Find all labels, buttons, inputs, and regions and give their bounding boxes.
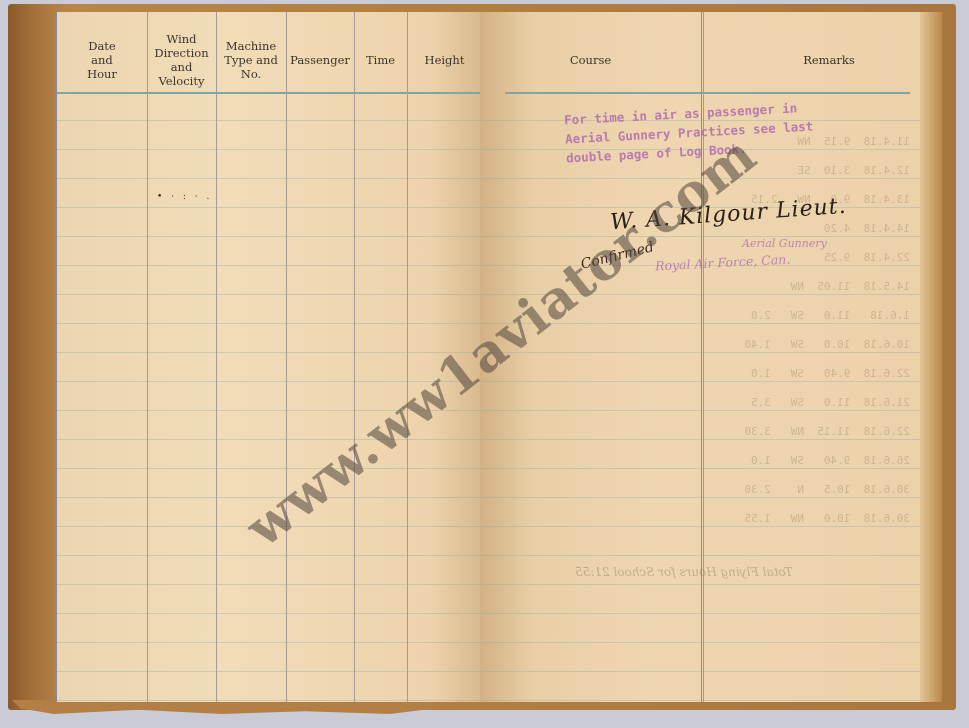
header-rule [505,92,910,94]
bleed-row: 30.6.18 10.5 N 2.30 [480,475,910,504]
bleed-row: 14.5.18 11.05 NW [480,272,910,301]
bleed-row: 1.6.18 11.0 SW 2.0 [480,301,910,330]
column-header-height: Height [407,28,482,92]
column-header-time: Time [354,28,407,92]
column-divider [286,12,287,702]
column-header-passenger: Passenger [286,28,354,92]
column-divider [407,12,408,702]
column-header-course: Course [480,28,701,92]
unit-stamp-line1: Aerial Gunnery [742,237,827,250]
column-header-remarks: Remarks [704,28,954,92]
right-page: Course Remarks 11.4.18 9.15 NW 12.4.18 3… [480,12,920,702]
bleed-row: 21.6.18 11.0 SW 3.5 [480,388,910,417]
column-header-date-hour: Date and Hour [57,28,147,92]
column-header-machine: Machine Type and No. [216,28,286,92]
bleed-row: 26.6.18 9.40 SW 1.0 [480,446,910,475]
header-rule [57,92,482,94]
column-header-wind: Wind Direction and Velocity [147,28,216,92]
column-divider [147,12,148,702]
cover-torn-edge [12,700,432,714]
bleed-row: 22.6.18 9.40 SW 1.0 [480,359,910,388]
bleed-row: 30.6.18 10.0 NW 1.55 [480,504,910,533]
ruled-lines [57,92,482,702]
bleed-row: 10.6.18 10.0 SW 1.40 [480,330,910,359]
ink-specks: • · : · . [157,192,212,202]
bleed-row: 22.6.18 11.15 NW 3.30 [480,417,910,446]
column-divider [216,12,217,702]
page-block-edge [920,12,942,702]
faint-total-hours-note: Total Flying Hours for School 21:55 [575,565,793,579]
left-page: Date and Hour Wind Direction and Velocit… [55,12,482,702]
column-divider [354,12,355,702]
bleed-through-entries: 11.4.18 9.15 NW 12.4.18 3.10 SE 13.4.18 … [480,127,910,533]
